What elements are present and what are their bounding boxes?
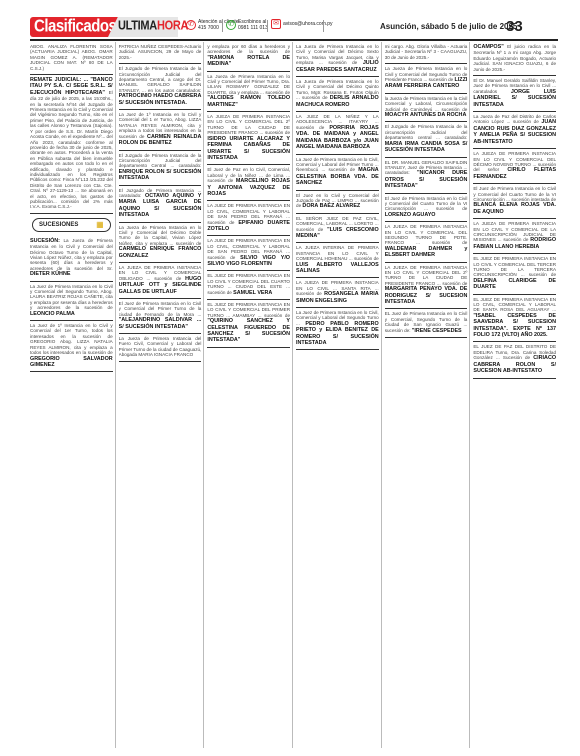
notice-text: El Juez de Primera Instancia en lo Civil… [473, 186, 556, 202]
deceased-name: "ALEJANDRINO SALDIVAR ... S/ SUCESIÓN IN… [119, 317, 202, 329]
notice-text: El Juzgado de Primera Instancia de la ci… [385, 124, 468, 140]
notice: ABOG. ANALIZA FLORENTIN SOSA (ACTUARIA J… [30, 42, 113, 75]
deceased-name: "QUIRINO SANCHEZ Y CELESTINA FIGUEREDO D… [207, 318, 290, 343]
notice: LA JUEZ DE LA NIÑEZ Y LA ADOLESCENCIA ..… [296, 112, 379, 154]
divider [222, 20, 223, 32]
notice-text: EL JUEZ DE PRIMERA INSTANCIA EN LO CIVIL… [473, 297, 556, 313]
notice-text: El Juzgado de Primera Instancia de la Ci… [119, 66, 202, 93]
notice: La Jueza de Primera Instancia del Fuero … [119, 334, 202, 362]
newspaper-logo: ULTIMAHORA [118, 19, 188, 33]
notice: La Jueza de Primera Instancia en lo Civi… [296, 42, 379, 77]
section-banner: Clasificados [30, 17, 122, 37]
notice: El Juzgado de Primera Instancia ... cara… [119, 186, 202, 223]
notice-text: LA JUEZA DE PRIMERA INSTANCIA EN LO CIVI… [385, 224, 468, 245]
notice: EL JUEZ DE PRIMERA INSTANCIA EN LO CIVIL… [473, 295, 556, 343]
deceased-name: MOACYR ANTUNES DA ROCHA [385, 112, 467, 118]
notice-text: EL JUEZ DE PRIMERA INSTANCIA EN LO CIVIL… [473, 256, 556, 277]
notice: El Juez de Primera Instancia en lo Civil… [473, 184, 556, 219]
deceased-name: DORA BAÉZ ALVAREZ [302, 203, 360, 209]
notice: La Juez de Primera Instancia en lo Civil… [296, 308, 379, 350]
logo-part1: ULTIMA [118, 19, 157, 33]
deceased-name: MARIA IRMA CANDIA SOSA S/ SUCESIÓN INTES… [385, 141, 468, 153]
notice-text: PATRICIA NUÑEZ CESPEDES-Actuario Judicia… [119, 44, 202, 60]
notice-text: LA JUEZA DE PRIMERA INSTANCIA EN LO CIVI… [207, 114, 290, 135]
notice: LA JUEZA INTERINA DE PRIMERA INSTANCIA E… [296, 243, 379, 278]
notice-text: LA JUEZA DE PRIMERA INSTANCIA EN LO CIVI… [385, 265, 468, 286]
notice-title: SUCESIÓN: [30, 238, 60, 244]
classifieds-columns: ABOG. ANALIZA FLORENTIN SOSA (ACTUARIA J… [30, 42, 558, 748]
notice: El Juez de Primera Instancia en lo Civil… [385, 194, 468, 223]
column-2: PATRICIA NUÑEZ CESPEDES-Actuario Judicia… [119, 42, 205, 748]
deceased-name: LEONCIO PALMA [30, 311, 75, 317]
notice: EL SEÑOR JUEZ DE PAZ CIVIL, COMERCIAL, L… [296, 214, 379, 244]
section-label: SUCESIONES [39, 222, 78, 228]
sucesiones-section-header: SUCESIONES▦ [32, 218, 111, 232]
column-4: La Jueza de Primera Instancia en lo Civi… [296, 42, 382, 748]
notice: OCAMPOS" El juicio radica en la Secretar… [473, 42, 556, 76]
notice: LA JUEZA DE PRIMERA INSTANCIA EN LO CIVI… [207, 112, 290, 165]
deceased-name: MARGARITA PENAYO VDA. DE RODRIGUEZ S/ SU… [385, 286, 468, 305]
notice-text: conforme al proveído de fecha 30 de juni… [30, 140, 113, 210]
notice: EL JUEZ DE PAZ DEL DISTRITO DE EDELIRA T… [473, 342, 556, 378]
notice: El Juez de Primera Instancia en lo Civil… [119, 299, 202, 334]
notice: La Juez de Primera Instancia en lo Civil… [30, 282, 113, 321]
deceased-name: WALDEMAR DAHMER y ELSBERT DAHMER [385, 246, 468, 258]
notice: El Dr. Manuel Geraldo Saifildin Stanley,… [473, 76, 556, 112]
notice: REMATE JUDICIAL: ... "BANCO ITAU PY S.A.… [30, 75, 113, 214]
notice: EL Juez de Primera Instancia en lo Civil… [385, 309, 468, 338]
contact-whatsapp: ✆ Escribinos al0981 111 013 [226, 19, 268, 31]
deceased-name: OCAMPOS" [473, 44, 503, 50]
notice-title: REMATE JUDICIAL: ... "BANCO ITAU PY S.A.… [30, 77, 113, 96]
notice: LA JUEZA DE PRIMERA INSTANCIA EN LO CIVI… [296, 278, 379, 308]
notice: La Jueza de Primera Instancia en lo Civi… [207, 72, 290, 112]
phone-icon: ✆ [186, 20, 196, 30]
deceased-name: "ALCIDES RAMON TOLEDO MARTINEZ" [207, 95, 290, 107]
notice-text: La Jueza de Primera Instancia del Fuero … [119, 336, 202, 357]
notice-text: mi cargo. Abg. Gloria Villalba - Actuari… [385, 44, 468, 60]
notice: LA JUEZA DE PRIMERA INSTANCIA EN LO CIVI… [473, 219, 556, 254]
notice: y emplaza por 60 días a herederos y acre… [207, 42, 290, 72]
notice: La Juez de 1º Instancia en lo Civil y Co… [119, 110, 202, 150]
notice-text: EL JUEZ DE PRIMERA INSTANCIA EN LO CIVIL… [207, 302, 290, 318]
section-title: Clasificados [30, 16, 116, 39]
notice: LA JUEZ DE PRIMERA INSTANCIA EN LO CIVIL… [207, 236, 290, 271]
issue-date: Asunción, sábado 5 de julio de 2025 [380, 22, 517, 31]
deceased-name: DELFINA CLARIDGE DE DUARTE [473, 278, 556, 290]
header-rule [30, 39, 558, 41]
notice: SUCESIÓN: La Jueza de Primera Instancia … [30, 236, 113, 282]
logo-part2: HORA [157, 19, 188, 33]
notice: mi cargo. Abg. Gloria Villalba - Actuari… [385, 42, 468, 64]
divider [267, 20, 268, 32]
notice: El Juez en lo Civil y Comercial del Juzg… [296, 191, 379, 214]
deceased-name: "IRENE CESPEDES [412, 328, 462, 334]
notice: La Juez de Primera Instancia en lo Civil… [296, 155, 379, 191]
deceased-name: BLANCA ELENA ROJAS VDA. DE AQUINO [473, 202, 556, 214]
notice-text: y emplaza por 60 días a herederos y acre… [207, 44, 290, 54]
notice: EL JUEZ DE PRIMERA INSTANCIA EN LO CIVIL… [473, 254, 556, 294]
notice: LA JUEZA DE PRIMERA INSTANCIA EN LO CIVI… [385, 263, 468, 310]
notice: El Juzgado de Primera Instancia de la ci… [385, 122, 468, 157]
notice: La Jueza de Primera Instancia en lo Civi… [119, 223, 202, 263]
notice: LA JUEZA DE PRIMERA INSTANCIA EN LO CIVI… [473, 149, 556, 184]
notice-text: La Juez de 1º Instancia en lo Civil y Co… [30, 323, 113, 355]
column-6: OCAMPOS" El juicio radica en la Secretar… [473, 42, 558, 748]
deceased-name: DIETER KÜHNE [30, 271, 70, 277]
deceased-name: SAMUEL VERA [233, 290, 272, 296]
column-3: y emplaza por 60 días a herederos y acre… [207, 42, 293, 748]
notice-text: la Jueza de Primera Instancia en la Civi… [385, 96, 468, 112]
notice: La Jueza de Paz del Distrito de Carlos A… [473, 112, 556, 149]
notice-text: El Juez de Primera Instancia en lo Civil… [119, 301, 202, 317]
notice: La Jueza de Primera Instancia en lo Civi… [385, 64, 468, 94]
notice: EL JUEZ DE PRIMERA INSTANCIA EN LO CIVIL… [207, 271, 290, 300]
notice-text: La Juez de Primera Instancia en lo Civil… [30, 284, 113, 311]
deceased-name: PEDRO PABLO ROMERO PRIETO y ELIDA BENITE… [296, 321, 379, 346]
deceased-name: "ISABEL CESPEDES DE SAAVEDRA S/ SUCESION… [473, 313, 556, 338]
column-1: ABOG. ANALIZA FLORENTIN SOSA (ACTUARIA J… [30, 42, 116, 748]
notice-text: ABOG. ANALIZA FLORENTIN SOSA (ACTUARIA J… [30, 44, 113, 71]
deceased-name: PATROCINIO HAEDO CABRERA S/ SUCESIÓN INT… [119, 93, 202, 105]
deceased-name: CARMELO ENRIQUE FRANCO GONZALEZ [119, 246, 202, 258]
email-address: avisos@uhora.com.py [283, 21, 333, 27]
column-5: mi cargo. Abg. Gloria Villalba - Actuari… [385, 42, 471, 748]
notice-text: LA JUEZA INTERINA DE PRIMERA INSTANCIA E… [296, 245, 379, 261]
notice: El Juez de Paz en lo Civil, Comercial, L… [207, 165, 290, 201]
notice: LA JUEZA DE PRIMERA INSTANCIA EN LO CIVI… [119, 263, 202, 299]
notice: PATRICIA NUÑEZ CESPEDES-Actuario Judicia… [119, 42, 202, 64]
divider [323, 20, 324, 32]
notice: El Juzgado de Primera Instancia de la Ci… [119, 64, 202, 110]
notice: La Jueza de Primera Instancia en lo Civi… [296, 77, 379, 112]
notice: El Juzgado de Primera Instancia de la Ci… [119, 151, 202, 186]
notice: la Jueza de Primera Instancia en la Civi… [385, 94, 468, 123]
page-number: 33 [506, 18, 523, 35]
notice-text: El Juzgado de Primera Instancia de la Ci… [119, 153, 202, 169]
whatsapp-icon: ✆ [226, 20, 236, 30]
envelope-icon: ✉ [271, 19, 281, 29]
notice: EL JUEZ DE PRIMERA INSTANCIA EN LO CIVIL… [207, 300, 290, 348]
page-header: Clasificados ULTIMAHORA ✆ Atención al cl… [0, 14, 580, 38]
notice-text: El Juez de Primera Instancia en lo Civil… [385, 196, 468, 212]
notice-text: La Jueza de Primera Instancia en lo Civi… [207, 74, 290, 95]
notice: EL DR. MANUEL GERALDO SAIFILDIN STANLEY,… [385, 158, 468, 194]
notice-text: La Jueza de Primera Instancia en lo Civi… [119, 225, 202, 246]
building-icon: ▦ [96, 220, 104, 229]
notice: La Juez de 1º Instancia en lo Civil y Co… [30, 321, 113, 372]
deceased-name: "RAMONA ROTELA DE MEDINA" [207, 55, 290, 67]
notice: LA JUEZA DE PRIMERA INSTANCIA EN LO CIVI… [385, 222, 468, 262]
deceased-name: ISIDRO URIARTE ALCARAZ Y FERMINA CABAÑAS… [207, 136, 290, 161]
deceased-name: LUIS ALBERTO VALLEJOS SALINAS [296, 262, 379, 274]
notice: LA JUEZ DE PRIMERA INSTANCIA EN LO CIVIL… [207, 201, 290, 236]
deceased-name: LORENZO AGUAYO [385, 212, 436, 218]
notice-text: El día 22 de julio de 2025, a las 15:00h… [30, 90, 113, 145]
deceased-name: GREGORIO SALVADOR GIMENEZ [30, 356, 113, 368]
deceased-name: ENRIQUE ROLON S/ SUCESIÓN INTESTADA [119, 169, 202, 181]
whatsapp-number: 0981 111 013 [238, 25, 268, 31]
